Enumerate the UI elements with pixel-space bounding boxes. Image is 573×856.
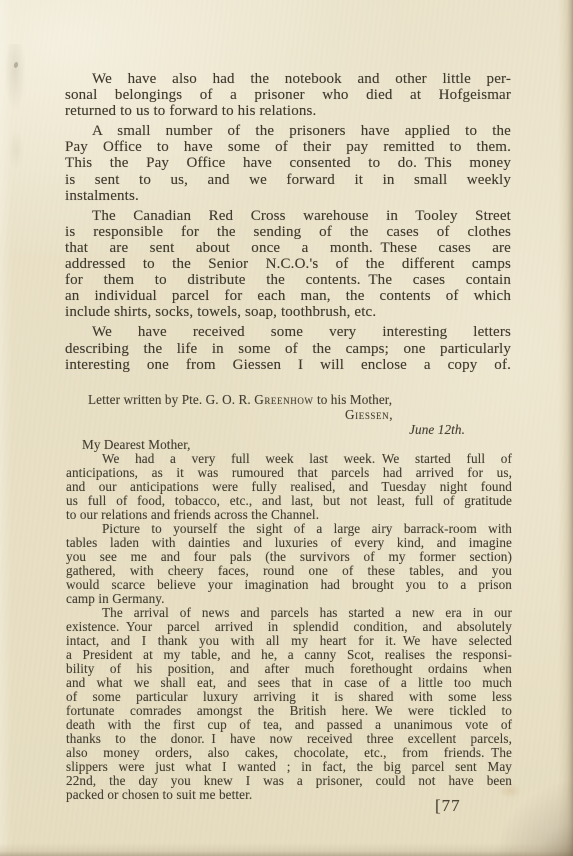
text-line: also money orders, also cakes, chocolate… — [66, 746, 512, 760]
text-line: would scarce believe your imagination ha… — [66, 578, 512, 592]
text-line: interesting one from Giessen I will encl… — [65, 357, 511, 373]
paragraph: We have also had the notebook and other … — [65, 71, 511, 119]
text-line: to our relations and friends across the … — [66, 508, 512, 522]
text-line: anticipations, as it was rumoured that p… — [66, 466, 512, 480]
text-line: you see me and four pals (the survivors … — [66, 550, 512, 564]
text-line: describing the life in some of the camps… — [65, 341, 511, 357]
text-line: us full of food, tobacco, etc., and last… — [66, 494, 512, 508]
text-line: sonal belongings of a prisoner who died … — [65, 87, 511, 103]
text-line: A small number of the prisoners have app… — [65, 123, 511, 139]
letter-paragraph: The arrival of news and parcels has star… — [66, 606, 512, 802]
text-line: a President at my table, and he, a canny… — [66, 648, 512, 662]
letter-heading-suffix: to his Mother, — [317, 392, 392, 407]
paper-smudge — [8, 130, 24, 170]
text-line: of some particular luxury arriving it is… — [66, 690, 512, 704]
paper-smudge — [4, 44, 26, 112]
page-number: [77 — [435, 796, 461, 816]
text-line: Pay Office to have some of their pay rem… — [65, 139, 511, 155]
text-line: slippers were just what I wanted ; in fa… — [66, 760, 512, 774]
paragraph: A small number of the prisoners have app… — [65, 123, 511, 203]
text-line: addressed to the Senior N.C.O.'s of the … — [65, 256, 511, 272]
text-line: intact, and I thank you with all my hear… — [66, 634, 512, 648]
text-line: Picture to yourself the sight of a large… — [66, 522, 512, 536]
text-line: existence. Your parcel arrived in splend… — [66, 620, 512, 634]
letter-heading: Letter written by Pte. G. O. R. Greenhow… — [66, 392, 512, 407]
paragraph: The Canadian Red Cross warehouse in Tool… — [65, 208, 511, 321]
text-line: is sent to us, and we forward it in smal… — [65, 172, 511, 188]
text-line: is responsible for the sending of the ca… — [65, 224, 511, 240]
letter-place: Giessen, — [66, 407, 512, 422]
letter-author-name: Greenhow — [254, 392, 313, 407]
text-line: The arrival of news and parcels has star… — [66, 606, 512, 620]
main-text-block: We have also had the notebook and other … — [65, 71, 511, 373]
text-line: We had a very full week last week. We st… — [66, 452, 512, 466]
text-line: We have received some very interesting l… — [65, 324, 511, 340]
letter-paragraph: We had a very full week last week. We st… — [66, 452, 512, 522]
text-line: fortunate comrades amongst the British h… — [66, 704, 512, 718]
text-line: bility of his position, and after much f… — [66, 662, 512, 676]
text-line: death with the first cup of tea, and pas… — [66, 718, 512, 732]
letter-salutation: My Dearest Mother, — [66, 437, 512, 452]
scanned-book-page: We have also had the notebook and other … — [0, 0, 573, 856]
letter-date: June 12th. — [66, 422, 512, 437]
letter-place-text: Giessen, — [345, 407, 393, 422]
text-line: 22nd, the day you knew I was a prisoner,… — [66, 774, 512, 788]
letter-heading-prefix: Letter written by Pte. G. O. R. — [88, 392, 251, 407]
text-line: an individual parcel for each man, the c… — [65, 288, 511, 304]
text-line: returned to us to forward to his relatio… — [65, 103, 511, 119]
paragraph: We have received some very interesting l… — [65, 324, 511, 372]
paper-speck — [13, 62, 18, 69]
letter-paragraph: Picture to yourself the sight of a large… — [66, 522, 512, 606]
text-line: for them to distribute the contents. The… — [65, 272, 511, 288]
text-line: We have also had the notebook and other … — [65, 71, 511, 87]
text-line: camp in Germany. — [66, 592, 512, 606]
text-line: instalments. — [65, 188, 511, 204]
text-line: and what we shall eat, and sees that in … — [66, 676, 512, 690]
text-line: gathered, with cheery faces, round one o… — [66, 564, 512, 578]
text-line: that are sent about once a month. These … — [65, 240, 511, 256]
text-line: and our anticipations were fully realise… — [66, 480, 512, 494]
letter-block: Letter written by Pte. G. O. R. Greenhow… — [66, 392, 512, 802]
text-line: The Canadian Red Cross warehouse in Tool… — [65, 208, 511, 224]
text-line: This the Pay Office have consented to do… — [65, 155, 511, 171]
text-line: include shirts, socks, towels, soap, too… — [65, 304, 511, 320]
text-line: tables laden with dainties and luxuries … — [66, 536, 512, 550]
text-line: thanks to the donor. I have now received… — [66, 732, 512, 746]
